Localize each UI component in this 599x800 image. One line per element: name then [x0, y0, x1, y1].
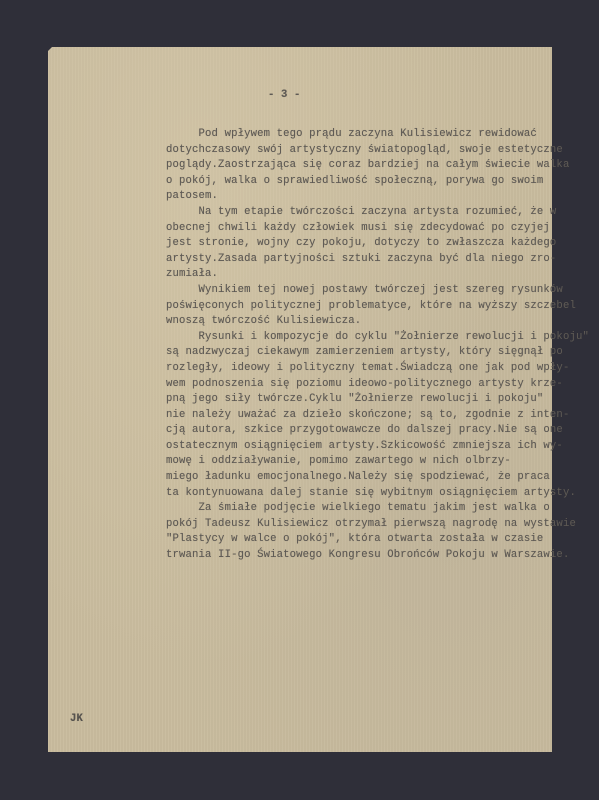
text-line: Wynikiem tej nowej postawy twórczej jest… — [166, 283, 589, 299]
text-line: są nadzwyczaj ciekawym zamierzeniem arty… — [166, 345, 589, 361]
text-line: Za śmiałe podjęcie wielkiego tematu jaki… — [166, 501, 589, 517]
text-line: patosem. — [166, 189, 589, 205]
text-line: poświęconych politycznej problematyce, k… — [166, 299, 589, 315]
text-line: dotychczasowy swój artystyczny światopog… — [166, 143, 589, 159]
text-line: artysty.Zasada partyjności sztuki zaczyn… — [166, 252, 589, 268]
text-line: Rysunki i kompozycje do cyklu "Żołnierze… — [166, 330, 589, 346]
page-number: - 3 - — [268, 88, 301, 104]
text-line: obecnej chwili każdy człowiek musi się z… — [166, 221, 589, 237]
text-line: rozległy, ideowy i polityczny temat.Świa… — [166, 361, 589, 377]
text-line: Na tym etapie twórczości zaczyna artysta… — [166, 205, 589, 221]
text-line: wem podnoszenia się poziomu ideowo-polit… — [166, 377, 589, 393]
text-line: ta kontynuowana dalej stanie się wybitny… — [166, 486, 589, 502]
text-line: zumiała. — [166, 267, 589, 283]
text-line: miego ładunku emocjonalnego.Należy się s… — [166, 470, 589, 486]
text-line: ostatecznym osiągnięciem artysty.Szkicow… — [166, 439, 589, 455]
text-line: nie należy uważać za dzieło skończone; s… — [166, 408, 589, 424]
text-line: mowę i oddziaływanie, pomimo zawartego w… — [166, 454, 589, 470]
typist-initials: JK — [70, 712, 83, 728]
text-line: o pokój, walka o sprawiedliwość społeczn… — [166, 174, 589, 190]
text-line: poglądy.Zaostrzająca się coraz bardziej … — [166, 158, 589, 174]
text-line: "Plastycy w walce o pokój", która otwart… — [166, 532, 589, 548]
text-line: trwania II-go Światowego Kongresu Obrońc… — [166, 548, 589, 564]
document-body: Pod wpływem tego prądu zaczyna Kulisiewi… — [166, 127, 589, 564]
text-line: wnoszą twórczość Kulisiewicza. — [166, 314, 589, 330]
text-line: pokój Tadeusz Kulisiewicz otrzymał pierw… — [166, 517, 589, 533]
text-line: pną jego siły twórcze.Cyklu "Żołnierze r… — [166, 392, 589, 408]
text-line: cją autora, szkice przygotowawcze do dal… — [166, 423, 589, 439]
text-line: Pod wpływem tego prądu zaczyna Kulisiewi… — [166, 127, 589, 143]
text-line: jest stronie, wojny czy pokoju, dotyczy … — [166, 236, 589, 252]
